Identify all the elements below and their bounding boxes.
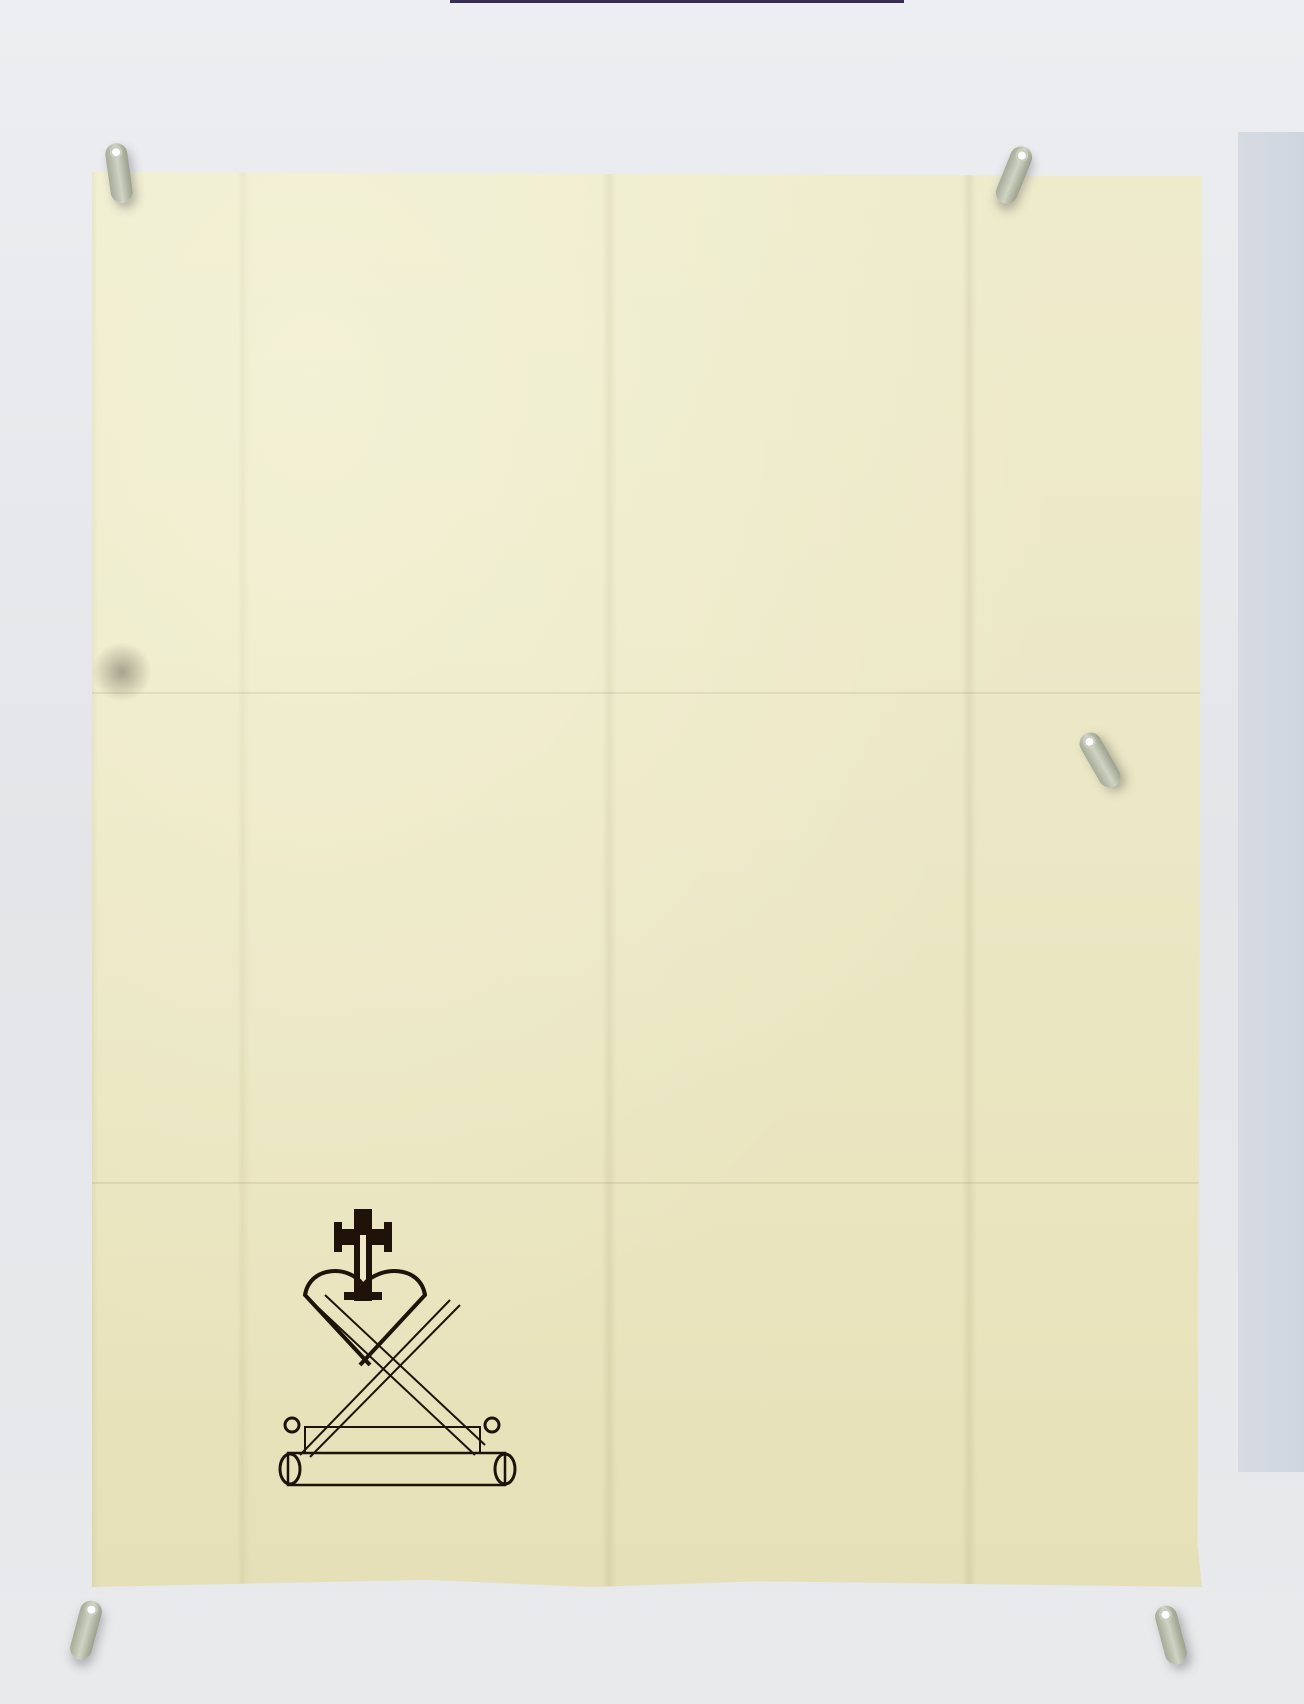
ink-stain: [92, 642, 152, 702]
fold-line: [92, 692, 1202, 694]
color-calibration-chart: [450, 0, 1304, 134]
color-chart-top-bar: [450, 0, 904, 3]
parchment-document: [92, 172, 1202, 1587]
notary-signum: [270, 1195, 540, 1495]
measurement-ruler: [1238, 132, 1304, 1472]
fold-line: [92, 1182, 1202, 1184]
